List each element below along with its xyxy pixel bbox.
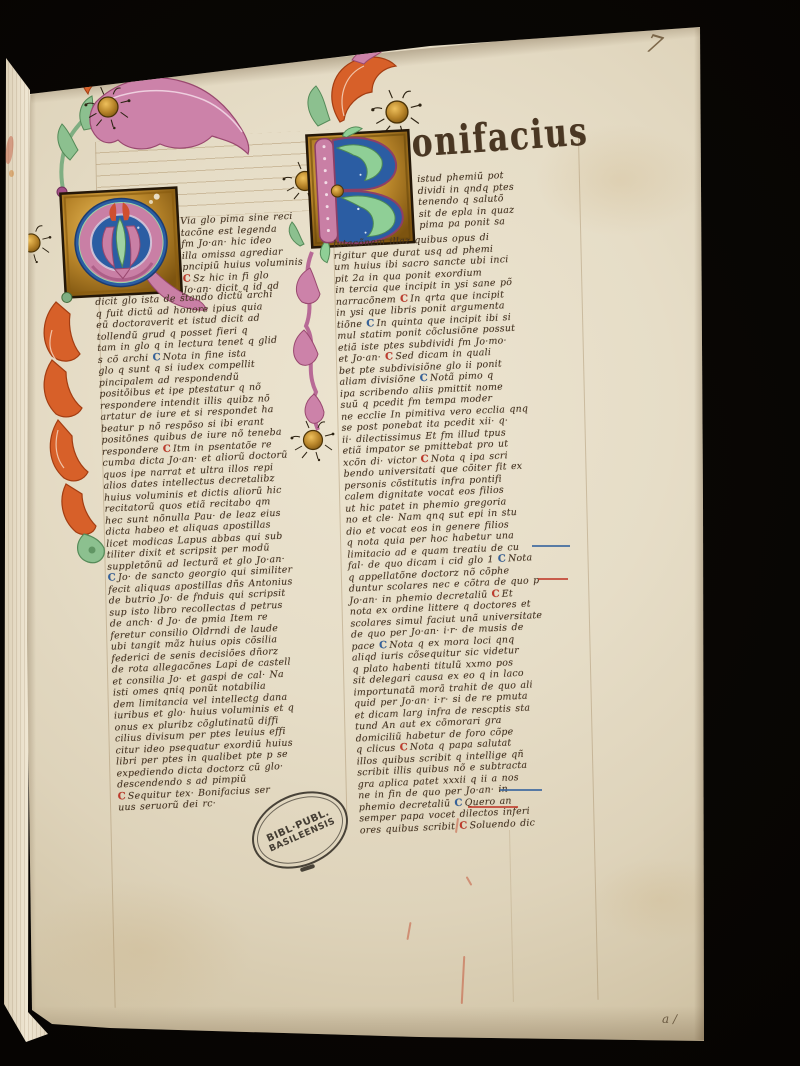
- red-stroke: [406, 922, 411, 940]
- red-paragraph-mark: C: [420, 453, 431, 464]
- incipit-heading: onifacius: [410, 109, 590, 167]
- left-column-opening: Via glo pima sine recitacõne est legenda…: [180, 209, 335, 296]
- red-paragraph-mark: C: [117, 791, 128, 802]
- red-paragraph-mark: C: [491, 588, 502, 599]
- rubric-underline: [538, 578, 568, 580]
- page-edge-shadow: [694, 28, 704, 1040]
- stamp-line-1: BIBL·PUBL.: [265, 807, 331, 844]
- red-stroke: [466, 876, 473, 886]
- parchment-page: onifacius Via glo pima sine recitacõne e…: [0, 0, 800, 1066]
- blue-paragraph-mark: C: [366, 318, 377, 329]
- stamp-line-2: BASILEENSIS: [268, 816, 337, 854]
- page-edge-shadow: [30, 20, 708, 103]
- ruling-line: [509, 830, 514, 1002]
- blue-paragraph-mark: C: [454, 797, 465, 808]
- acanthus-left-margin: [44, 302, 104, 563]
- red-paragraph-mark: C: [163, 443, 174, 454]
- blue-paragraph-mark: C: [152, 351, 163, 362]
- blue-paragraph-mark: C: [420, 373, 431, 384]
- right-column-opening: istud phemiũ potdividi in qndq ptestenen…: [417, 167, 575, 232]
- blue-paragraph-mark: C: [108, 572, 119, 583]
- quire-signature: a ∕: [662, 1012, 677, 1026]
- red-paragraph-mark: C: [400, 293, 411, 304]
- red-paragraph-mark: C: [459, 820, 470, 831]
- blue-paragraph-mark: C: [498, 553, 509, 564]
- rubric-underline: [468, 806, 518, 808]
- red-paragraph-mark: C: [183, 273, 194, 284]
- manuscript-photo: onifacius Via glo pima sine recitacõne e…: [0, 0, 800, 1066]
- right-column-text: lutacõnem illaz quibus opus dirigitur qu…: [333, 228, 610, 837]
- blue-paragraph-mark: C: [379, 639, 390, 650]
- red-paragraph-mark: C: [399, 742, 410, 753]
- rubric-underline: [532, 545, 570, 547]
- blank-ruled-lines: [95, 129, 339, 221]
- red-stroke: [461, 956, 466, 1004]
- rubric-underline: [500, 789, 542, 791]
- orange-smudge: [9, 170, 14, 177]
- red-paragraph-mark: C: [385, 351, 396, 362]
- page-edge-shadow: [28, 1006, 704, 1042]
- left-column-text: dicit glo ista de stando dictũ archiq fu…: [95, 286, 364, 814]
